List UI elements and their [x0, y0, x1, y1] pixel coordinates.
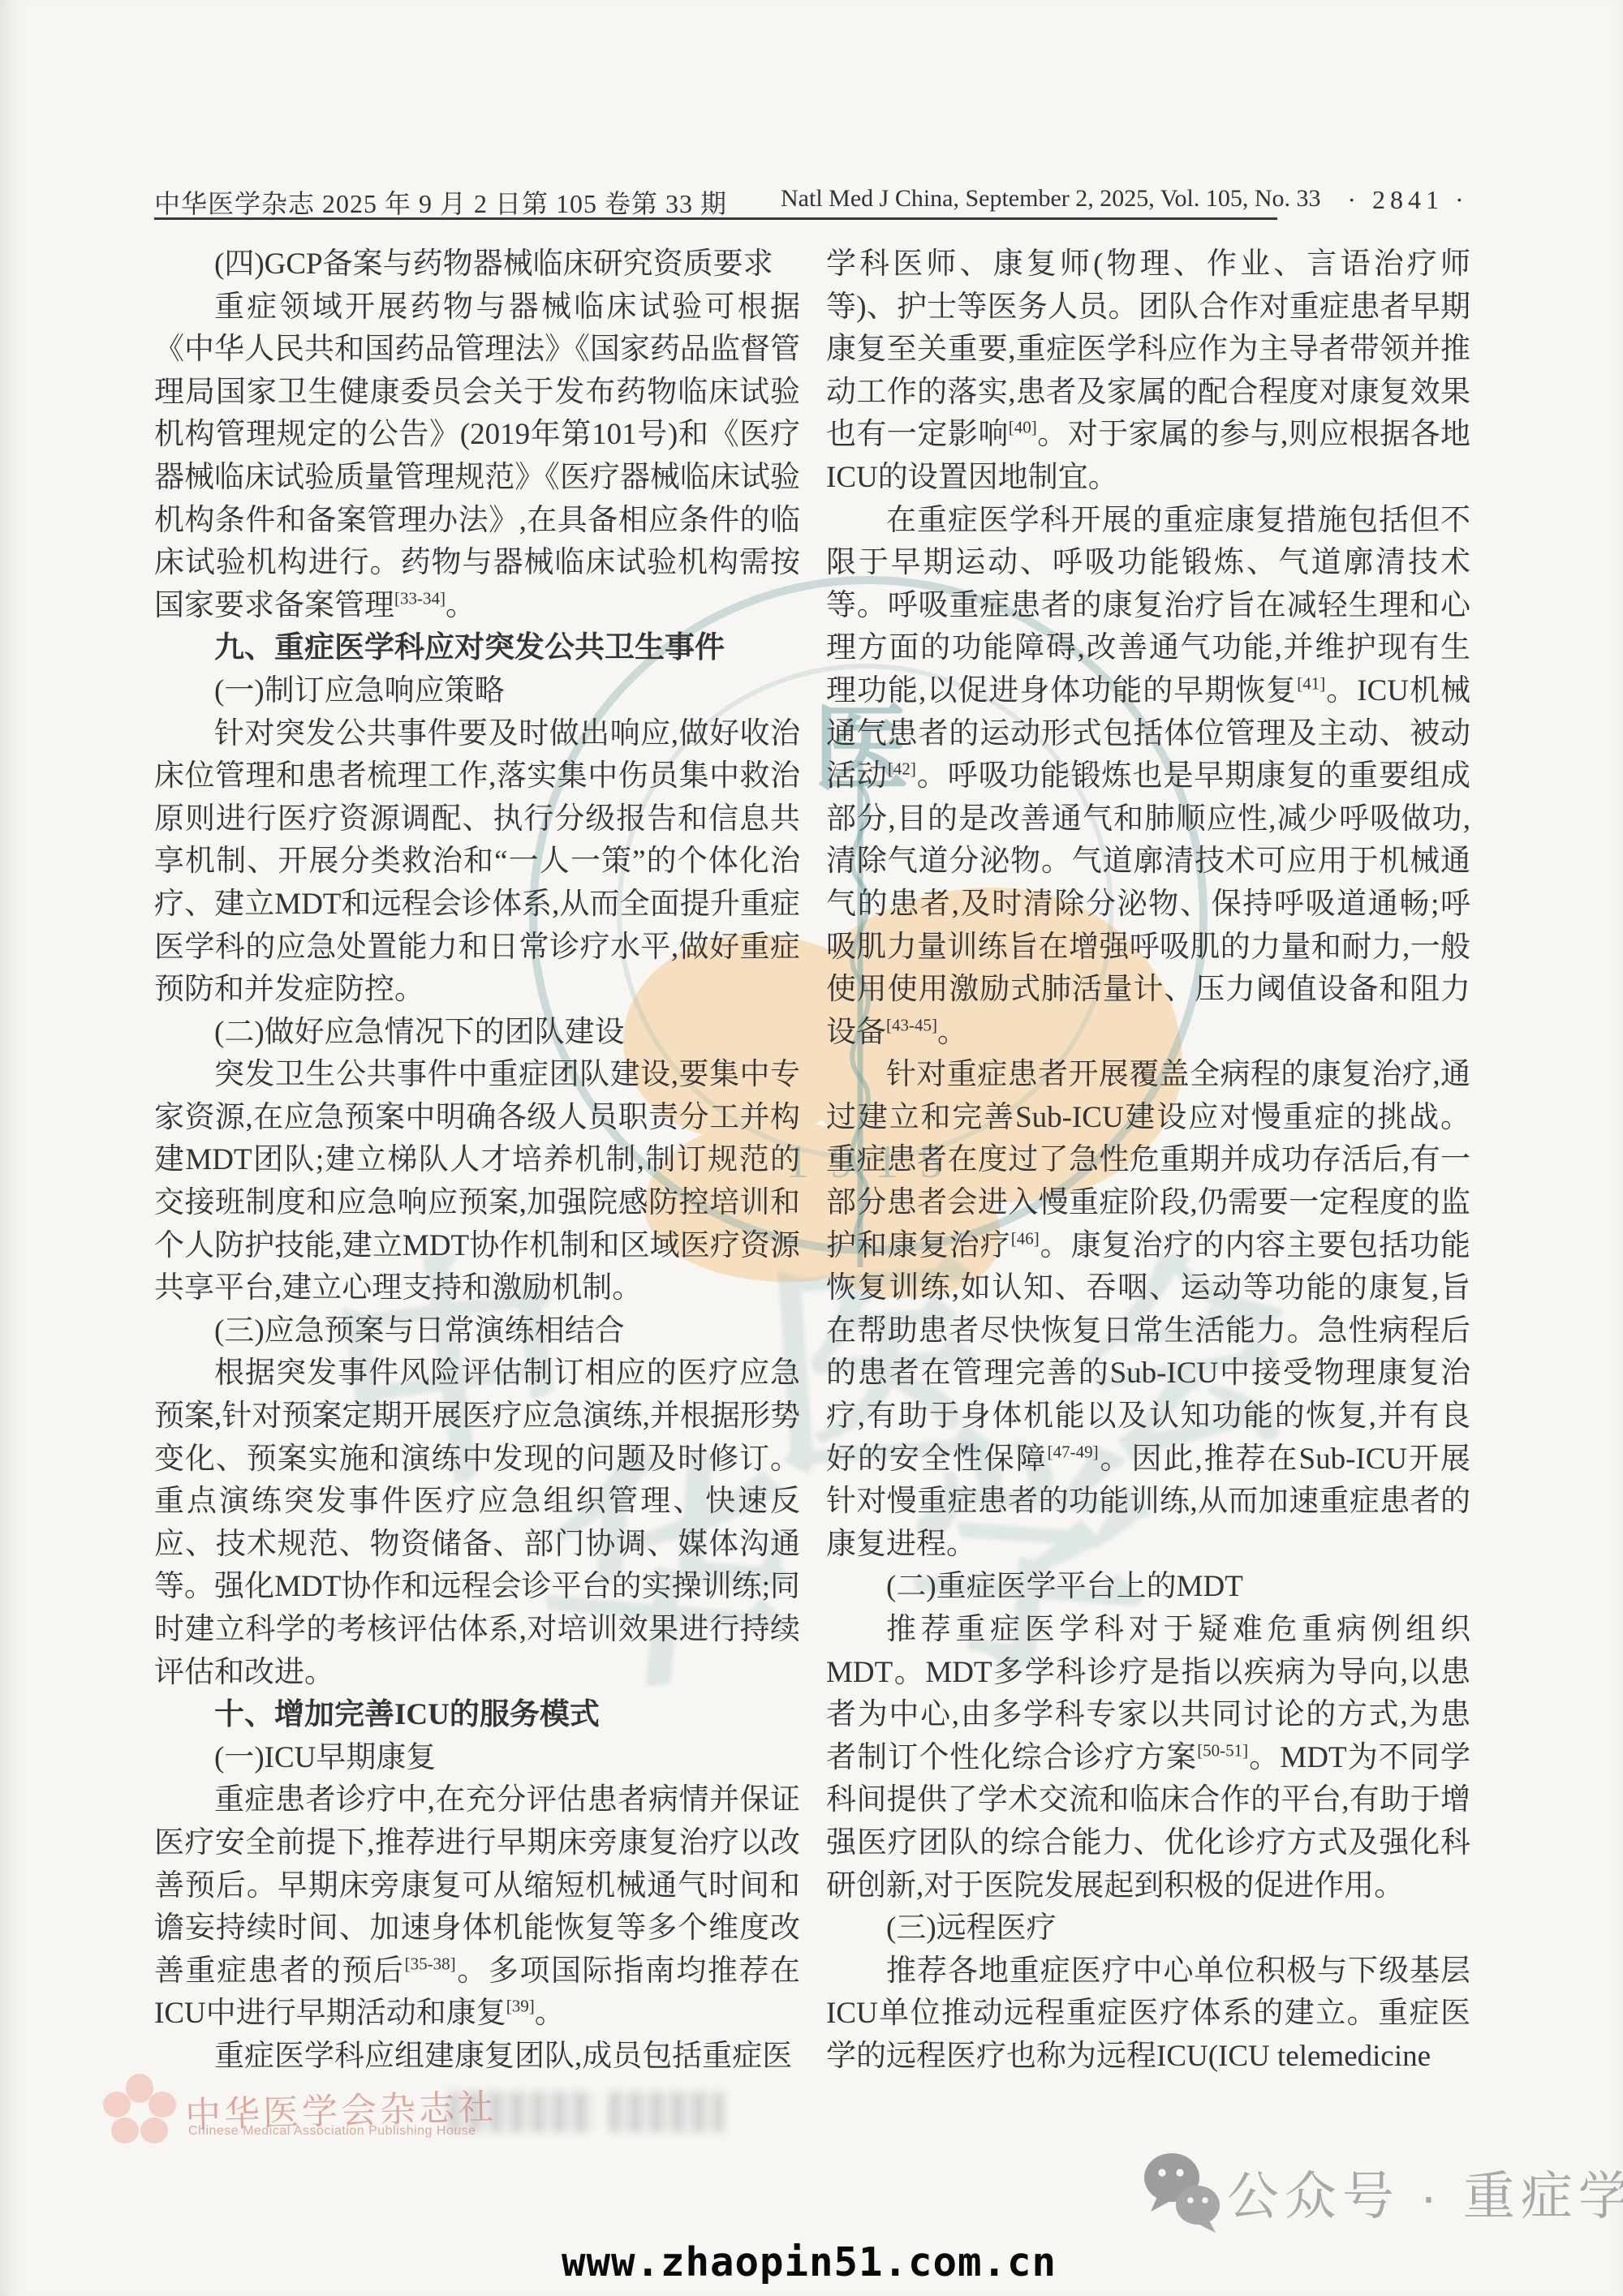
paragraph: 针对重症患者开展覆盖全病程的康复治疗,通过建立和完善Sub-ICU建设应对慢重症… — [826, 1054, 1470, 1566]
right-column: 学科医师、康复师(物理、作业、言语治疗师等)、护士等医务人员。团队合作对重症患者… — [826, 243, 1470, 2079]
left-column: (四)GCP备案与药物器械临床研究资质要求重症领域开展药物与器械临床试验可根据《… — [154, 243, 800, 2079]
blurred-watermark — [448, 2092, 594, 2132]
paragraph: (三)应急预案与日常演练相结合 — [154, 1310, 800, 1353]
header-rule — [154, 217, 1277, 220]
paragraph: 推荐各地重症医疗中心单位积极与下级基层ICU单位推动远程重症医疗体系的建立。重症… — [826, 1950, 1470, 2079]
page-number: · 2841 · — [1343, 185, 1473, 215]
site-url-watermark: www.zhaopin51.com.cn — [562, 2239, 1057, 2285]
journal-title-cn: 中华医学杂志 2025 年 9 月 2 日第 105 卷第 33 期 — [154, 183, 727, 221]
paragraph: 根据突发事件风险评估制订相应的医疗应急预案,针对预案定期开展医疗应急演练,并根据… — [154, 1352, 800, 1694]
paragraph: 重症患者诊疗中,在充分评估患者病情并保证医疗安全前提下,推荐进行早期床旁康复治疗… — [154, 1779, 800, 2036]
paragraph: (二)重症医学平台上的MDT — [826, 1566, 1470, 1609]
paragraph: 九、重症医学科应对突发公共卫生事件 — [154, 627, 800, 670]
journal-page: 中华医学杂志 2025 年 9 月 2 日第 105 卷第 33 期 Natl … — [0, 0, 1623, 2296]
paragraph: 突发卫生公共事件中重症团队建设,要集中专家资源,在应急预案中明确各级人员职责分工… — [154, 1054, 800, 1310]
wechat-account-label: 公众号 · 重症学习 — [1227, 2155, 1623, 2229]
paragraph: 学科医师、康复师(物理、作业、言语治疗师等)、护士等医务人员。团队合作对重症患者… — [826, 243, 1470, 500]
paragraph: (二)做好应急情况下的团队建设 — [154, 1012, 800, 1055]
journal-title-en: Natl Med J China, September 2, 2025, Vol… — [781, 185, 1321, 213]
wechat-icon — [1143, 2150, 1224, 2236]
blurred-watermark — [609, 2092, 724, 2132]
paragraph: 十、增加完善ICU的服务模式 — [154, 1694, 800, 1737]
paragraph: (三)远程医疗 — [826, 1907, 1470, 1950]
paragraph: 针对突发公共事件要及时做出响应,做好收治床位管理和患者梳理工作,落实集中伤员集中… — [154, 713, 800, 1012]
paragraph: (一)制订应急响应策略 — [154, 670, 800, 713]
publisher-stamp-subtext: Chinese Medical Association Publishing H… — [188, 2124, 476, 2139]
publisher-seal-icon — [99, 2074, 180, 2148]
paragraph: 推荐重症医学科对于疑难危重病例组织MDT。MDT多学科诊疗是指以疾病为导向,以患… — [826, 1609, 1470, 1907]
paragraph: 在重症医学科开展的重症康复措施包括但不限于早期运动、呼吸功能锻炼、气道廓清技术等… — [826, 500, 1470, 1055]
paragraph: (四)GCP备案与药物器械临床研究资质要求 — [154, 243, 800, 286]
paragraph: 重症领域开展药物与器械临床试验可根据《中华人民共和国药品管理法》《国家药品监督管… — [154, 286, 800, 628]
paragraph: (一)ICU早期康复 — [154, 1737, 800, 1780]
paragraph: 重症医学科应组建康复团队,成员包括重症医 — [154, 2036, 800, 2079]
